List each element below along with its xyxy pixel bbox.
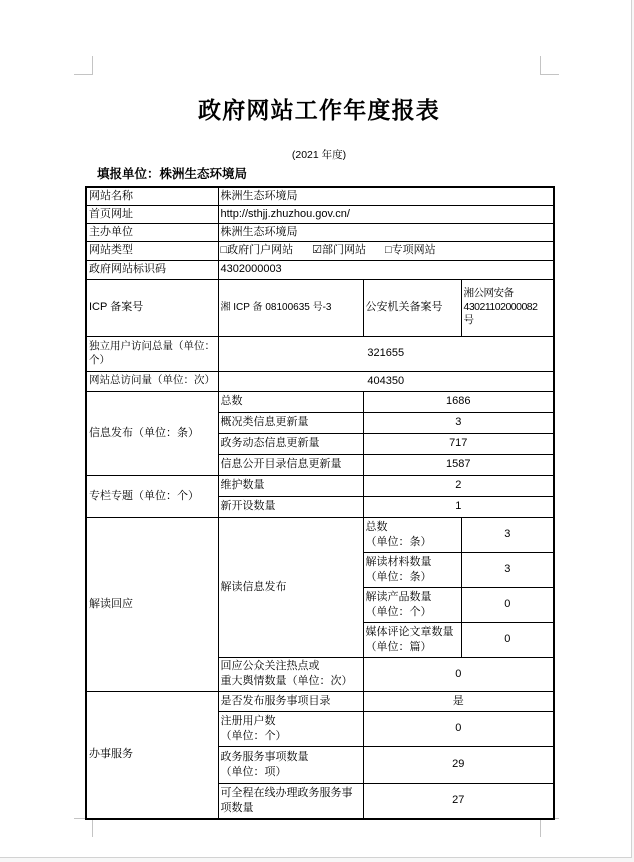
site-type-label: 网站类型 [86, 241, 218, 260]
table-row: 专栏专题（单位：个） 维护数量 2 [86, 475, 554, 496]
interpretation-media-value: 0 [461, 622, 554, 657]
table-row: ICP 备案号 湘 ICP 备 08100635 号-3 公安机关备案号 湘公网… [86, 279, 554, 336]
crop-mark-bottom-left [74, 818, 93, 837]
interpretation-label: 解读回应 [86, 517, 218, 691]
services-users-value: 0 [363, 711, 554, 746]
table-row: 办事服务 是否发布服务事项目录 是 [86, 691, 554, 711]
total-visits-value: 404350 [218, 371, 554, 391]
special-topics-label: 专栏专题（单位：个） [86, 475, 218, 517]
site-code-label: 政府网站标识码 [86, 260, 218, 279]
report-table: 网站名称 株洲生态环境局 首页网址 http://sthjj.zhuzhou.g… [85, 186, 555, 820]
interpretation-product-label: 解读产品数量 （单位：个） [363, 587, 461, 622]
services-users-label: 注册用户数 （单位：个） [218, 711, 363, 746]
checkbox-option-gov-portal: □政府门户网站 [221, 244, 294, 256]
crop-mark-top-left [74, 56, 93, 75]
services-online-label: 可全程在线办理政务服务事 项数量 [218, 783, 363, 819]
checkbox-option-special: □专项网站 [385, 244, 436, 256]
site-type-options: □政府门户网站☑部门网站□专项网站 [218, 241, 554, 260]
info-publish-overview-value: 3 [363, 412, 554, 433]
table-row: 网站名称 株洲生态环境局 [86, 187, 554, 205]
services-online-value: 27 [363, 783, 554, 819]
interpretation-total-value: 3 [461, 517, 554, 552]
homepage-url: http://sthjj.zhuzhou.gov.cn/ [218, 205, 554, 223]
interpretation-material-value: 3 [461, 552, 554, 587]
table-row: 首页网址 http://sthjj.zhuzhou.gov.cn/ [86, 205, 554, 223]
crop-mark-top-right [540, 56, 559, 75]
organizer-label: 主办单位 [86, 223, 218, 241]
police-record-value: 湘公网安备 43021102000082 号 [461, 279, 554, 336]
services-items-value: 29 [363, 746, 554, 783]
homepage-label: 首页网址 [86, 205, 218, 223]
interpretation-product-value: 0 [461, 587, 554, 622]
organizer-value: 株洲生态环境局 [218, 223, 554, 241]
interpretation-media-label: 媒体评论文章数量 （单位：篇） [363, 622, 461, 657]
response-hotspot-value: 0 [363, 657, 554, 691]
table-row: 解读回应 解读信息发布 总数 （单位：条） 3 [86, 517, 554, 552]
table-row: 政府网站标识码 4302000003 [86, 260, 554, 279]
site-code-value: 4302000003 [218, 260, 554, 279]
document-page: 政府网站工作年度报表 (2021 年度) 填报单位：株洲生态环境局 网站名称 株… [0, 0, 632, 858]
total-visits-label: 网站总访问量（单位：次） [86, 371, 218, 391]
services-items-label: 政务服务事项数量 （单位：项） [218, 746, 363, 783]
interpretation-material-label: 解读材料数量 （单位：条） [363, 552, 461, 587]
special-topics-new-value: 1 [363, 496, 554, 517]
info-publish-directory-value: 1587 [363, 454, 554, 475]
police-record-label: 公安机关备案号 [363, 279, 461, 336]
info-publish-total-label: 总数 [218, 391, 363, 412]
special-topics-new-label: 新开设数量 [218, 496, 363, 517]
table-row: 网站总访问量（单位：次） 404350 [86, 371, 554, 391]
services-label: 办事服务 [86, 691, 218, 819]
info-publish-directory-label: 信息公开目录信息更新量 [218, 454, 363, 475]
unique-visitors-value: 321655 [218, 336, 554, 371]
page-title: 政府网站工作年度报表 [85, 92, 553, 125]
services-directory-value: 是 [363, 691, 554, 711]
checkbox-option-department-checked: ☑部门网站 [312, 244, 366, 256]
table-row: 信息发布（单位：条） 总数 1686 [86, 391, 554, 412]
info-publish-label: 信息发布（单位：条） [86, 391, 218, 475]
info-publish-total-value: 1686 [363, 391, 554, 412]
info-publish-overview-label: 概况类信息更新量 [218, 412, 363, 433]
interpretation-publish-label: 解读信息发布 [218, 517, 363, 657]
special-topics-maintain-value: 2 [363, 475, 554, 496]
table-row: 网站类型 □政府门户网站☑部门网站□专项网站 [86, 241, 554, 260]
report-year: (2021 年度) [85, 147, 553, 162]
info-publish-news-value: 717 [363, 433, 554, 454]
icp-label: ICP 备案号 [86, 279, 218, 336]
icp-value: 湘 ICP 备 08100635 号-3 [218, 279, 363, 336]
services-directory-label: 是否发布服务事项目录 [218, 691, 363, 711]
info-publish-news-label: 政务动态信息更新量 [218, 433, 363, 454]
site-name-label: 网站名称 [86, 187, 218, 205]
table-row: 独立用户访问总量（单位： 个） 321655 [86, 336, 554, 371]
reporting-unit: 填报单位：株洲生态环境局 [97, 164, 247, 182]
site-name-value: 株洲生态环境局 [218, 187, 554, 205]
response-hotspot-label: 回应公众关注热点或 重大舆情数量（单位：次） [218, 657, 363, 691]
interpretation-total-label: 总数 （单位：条） [363, 517, 461, 552]
unique-visitors-label: 独立用户访问总量（单位： 个） [86, 336, 218, 371]
crop-mark-bottom-right [540, 818, 559, 837]
table-row: 主办单位 株洲生态环境局 [86, 223, 554, 241]
special-topics-maintain-label: 维护数量 [218, 475, 363, 496]
